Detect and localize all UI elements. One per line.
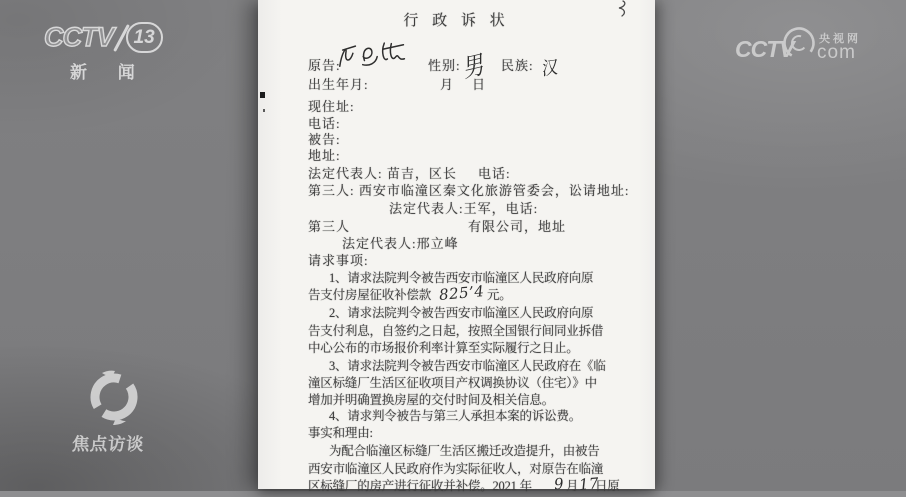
cctv-logo-text: CCTV <box>44 22 114 53</box>
margin-ink-dot <box>263 109 265 112</box>
doc-line-flow: 2、请求法院判令被告西安市临潼区人民政府向原 <box>258 303 593 321</box>
doc-text: 月 <box>566 476 578 494</box>
doc-text: 地址: <box>308 148 341 163</box>
doc-text: 日原 <box>595 476 620 494</box>
doc-line-flow: 为配合临潼区标缝厂生活区搬迁改造提升，由被告 <box>258 441 600 459</box>
doc-line: 法定代表人: 苗吉，区长电话: <box>258 163 655 180</box>
doc-line: 法定代表人:王军，电话: <box>258 198 655 215</box>
doc-text: 法定代表人: 苗吉，区长 <box>308 166 457 181</box>
handwritten-text: 9 <box>553 475 565 494</box>
doc-line: 现住址: <box>258 96 655 113</box>
doc-line: 增加并明确置换房屋的交付时间及相关信息。 <box>258 390 655 407</box>
doc-text: 告支付房屋征收补偿款 <box>308 288 431 302</box>
doc-text: 增加并明确置换房屋的交付时间及相关信息。 <box>308 393 554 407</box>
doc-line-flow: 法定代表人:王军，电话: <box>258 198 538 217</box>
doc-text: 性别: <box>428 55 461 74</box>
doc-line: 请求事项: <box>258 250 655 267</box>
doc-text: 区标缝厂的房产进行征收并补偿。2021 年 <box>308 479 532 493</box>
doc-line: 电话: <box>258 113 655 130</box>
doc-text: 出生年月: <box>308 77 369 92</box>
doc-text: 中心公布的市场报价利率计算至实际履行之日止。 <box>308 341 579 355</box>
swoosh-circle-icon <box>780 24 818 62</box>
doc-line-flow: 告支付房屋征收补偿款 <box>258 285 431 303</box>
doc-line-flow: 地址: <box>258 145 341 164</box>
doc-line: 2、请求法院判令被告西安市临潼区人民政府向原 <box>258 303 655 320</box>
doc-text: 2、请求法院判令被告西安市临潼区人民政府向原 <box>329 306 593 320</box>
doc-text: 法定代表人:邢立峰 <box>342 236 459 251</box>
doc-text: 潼区标缝厂生活区征收项目产权调换协议（住宅）》中 <box>308 376 597 390</box>
doc-text: 民族: <box>501 55 534 74</box>
doc-line: 潼区标缝厂生活区征收项目产权调换协议（住宅）》中 <box>258 373 655 390</box>
doc-line-flow: 告支付利息，自签约之日起，按照全国银行间同业拆借 <box>258 321 603 339</box>
watermark-com-text: com <box>817 42 856 64</box>
doc-line-flow: 原告: <box>258 55 341 74</box>
doc-line: 第三人有限公司，地址 <box>258 216 655 233</box>
doc-line: 区标缝厂的房产进行征收并补偿。2021 年9月17日原 <box>258 476 655 493</box>
doc-line: 4、请求判令被告与第三人承担本案的诉讼费。 <box>258 406 655 423</box>
doc-line-flow: 西安市临潼区人民政府作为实际征收人，对原告在临潼 <box>258 459 603 477</box>
doc-text: 请求事项: <box>308 253 369 268</box>
margin-ink-mark <box>260 92 265 98</box>
doc-line-flow: 1、请求法院判令被告西安市临潼区人民政府向原 <box>258 268 593 286</box>
doc-line: 原告:性别:男民族:汉 <box>258 55 655 72</box>
doc-line: 事实和理由: <box>258 423 655 440</box>
doc-line: 被告: <box>258 129 655 146</box>
doc-line: 中心公布的市场报价利率计算至实际履行之日止。 <box>258 338 655 355</box>
doc-text: 法定代表人:王军，电话: <box>389 201 538 216</box>
doc-line-flow: 3、请求法院判令被告西安市临潼区人民政府在《临 <box>258 356 606 374</box>
channel-subtitle: 新 闻 <box>44 58 163 83</box>
program-title: 焦点访谈 <box>71 431 147 456</box>
cctv13-channel-bug: CCTV 13 新 闻 <box>44 22 163 83</box>
doc-text: 事实和理由: <box>308 426 373 440</box>
doc-text: 第三人 <box>308 219 350 234</box>
tv-frame: 行 政 诉 状 原告:性别:男民族:汉出生年月:月日现住址:电话:被告:地址:法… <box>0 0 906 497</box>
doc-line: 告支付利息，自签约之日起，按照全国银行间同业拆借 <box>258 321 655 338</box>
doc-line-flow: 区标缝厂的房产进行征收并补偿。2021 年 <box>258 476 532 494</box>
doc-line-flow: 事实和理由: <box>258 423 373 441</box>
cctv13-logo-row: CCTV 13 <box>44 22 163 53</box>
doc-line: 出生年月:月日 <box>258 74 655 91</box>
plaintiff-signature-handwriting <box>333 35 411 72</box>
doc-line: 3、请求法院判令被告西安市临潼区人民政府在《临 <box>258 356 655 373</box>
doc-text: 日 <box>472 74 486 93</box>
doc-text: 4、请求判令被告与第三人承担本案的诉讼费。 <box>329 409 581 423</box>
program-logo: 焦点访谈 <box>72 370 146 456</box>
doc-text: 1、请求法院判令被告西安市临潼区人民政府向原 <box>329 271 593 285</box>
doc-line-flow: 潼区标缝厂生活区征收项目产权调换协议（住宅）》中 <box>258 373 597 391</box>
doc-text: 现住址: <box>308 99 355 114</box>
doc-text: 为配合临潼区标缝厂生活区搬迁改造提升，由被告 <box>329 444 600 458</box>
doc-line-flow: 出生年月: <box>258 74 369 93</box>
channel-number-badge: 13 <box>126 22 163 53</box>
legal-document: 行 政 诉 状 原告:性别:男民族:汉出生年月:月日现住址:电话:被告:地址:法… <box>258 0 655 489</box>
doc-line-flow: 中心公布的市场报价利率计算至实际履行之日止。 <box>258 338 579 356</box>
doc-text: 月 <box>440 74 454 93</box>
doc-line: 法定代表人:邢立峰 <box>258 233 655 250</box>
cctv-com-watermark: CCTV 央视网 com <box>735 24 870 66</box>
doc-line: 地址: <box>258 145 655 162</box>
swirl-icon <box>82 370 146 428</box>
doc-text: 3、请求法院判令被告西安市临潼区人民政府在《临 <box>329 359 606 373</box>
doc-text: 第三人: 西安市临潼区秦文化旅游管委会，讼请地址: <box>308 183 629 198</box>
doc-line-flow: 4、请求判令被告与第三人承担本案的诉讼费。 <box>258 406 581 424</box>
corner-handwritten-mark <box>616 0 630 18</box>
document-title: 行 政 诉 状 <box>258 9 655 30</box>
doc-line: 告支付房屋征收补偿款825’4元。 <box>258 285 655 302</box>
doc-line: 第三人: 西安市临潼区秦文化旅游管委会，讼请地址: <box>258 180 655 197</box>
doc-line-flow: 请求事项: <box>258 250 369 269</box>
doc-text: 元。 <box>487 285 512 303</box>
doc-line-flow: 第三人: 西安市临潼区秦文化旅游管委会，讼请地址: <box>258 180 629 199</box>
handwritten-text: 825’4 <box>438 282 485 304</box>
doc-line: 为配合临潼区标缝厂生活区搬迁改造提升，由被告 <box>258 441 655 458</box>
doc-text: 告支付利息，自签约之日起，按照全国银行间同业拆借 <box>308 324 603 338</box>
doc-line: 1、请求法院判令被告西安市临潼区人民政府向原 <box>258 268 655 285</box>
